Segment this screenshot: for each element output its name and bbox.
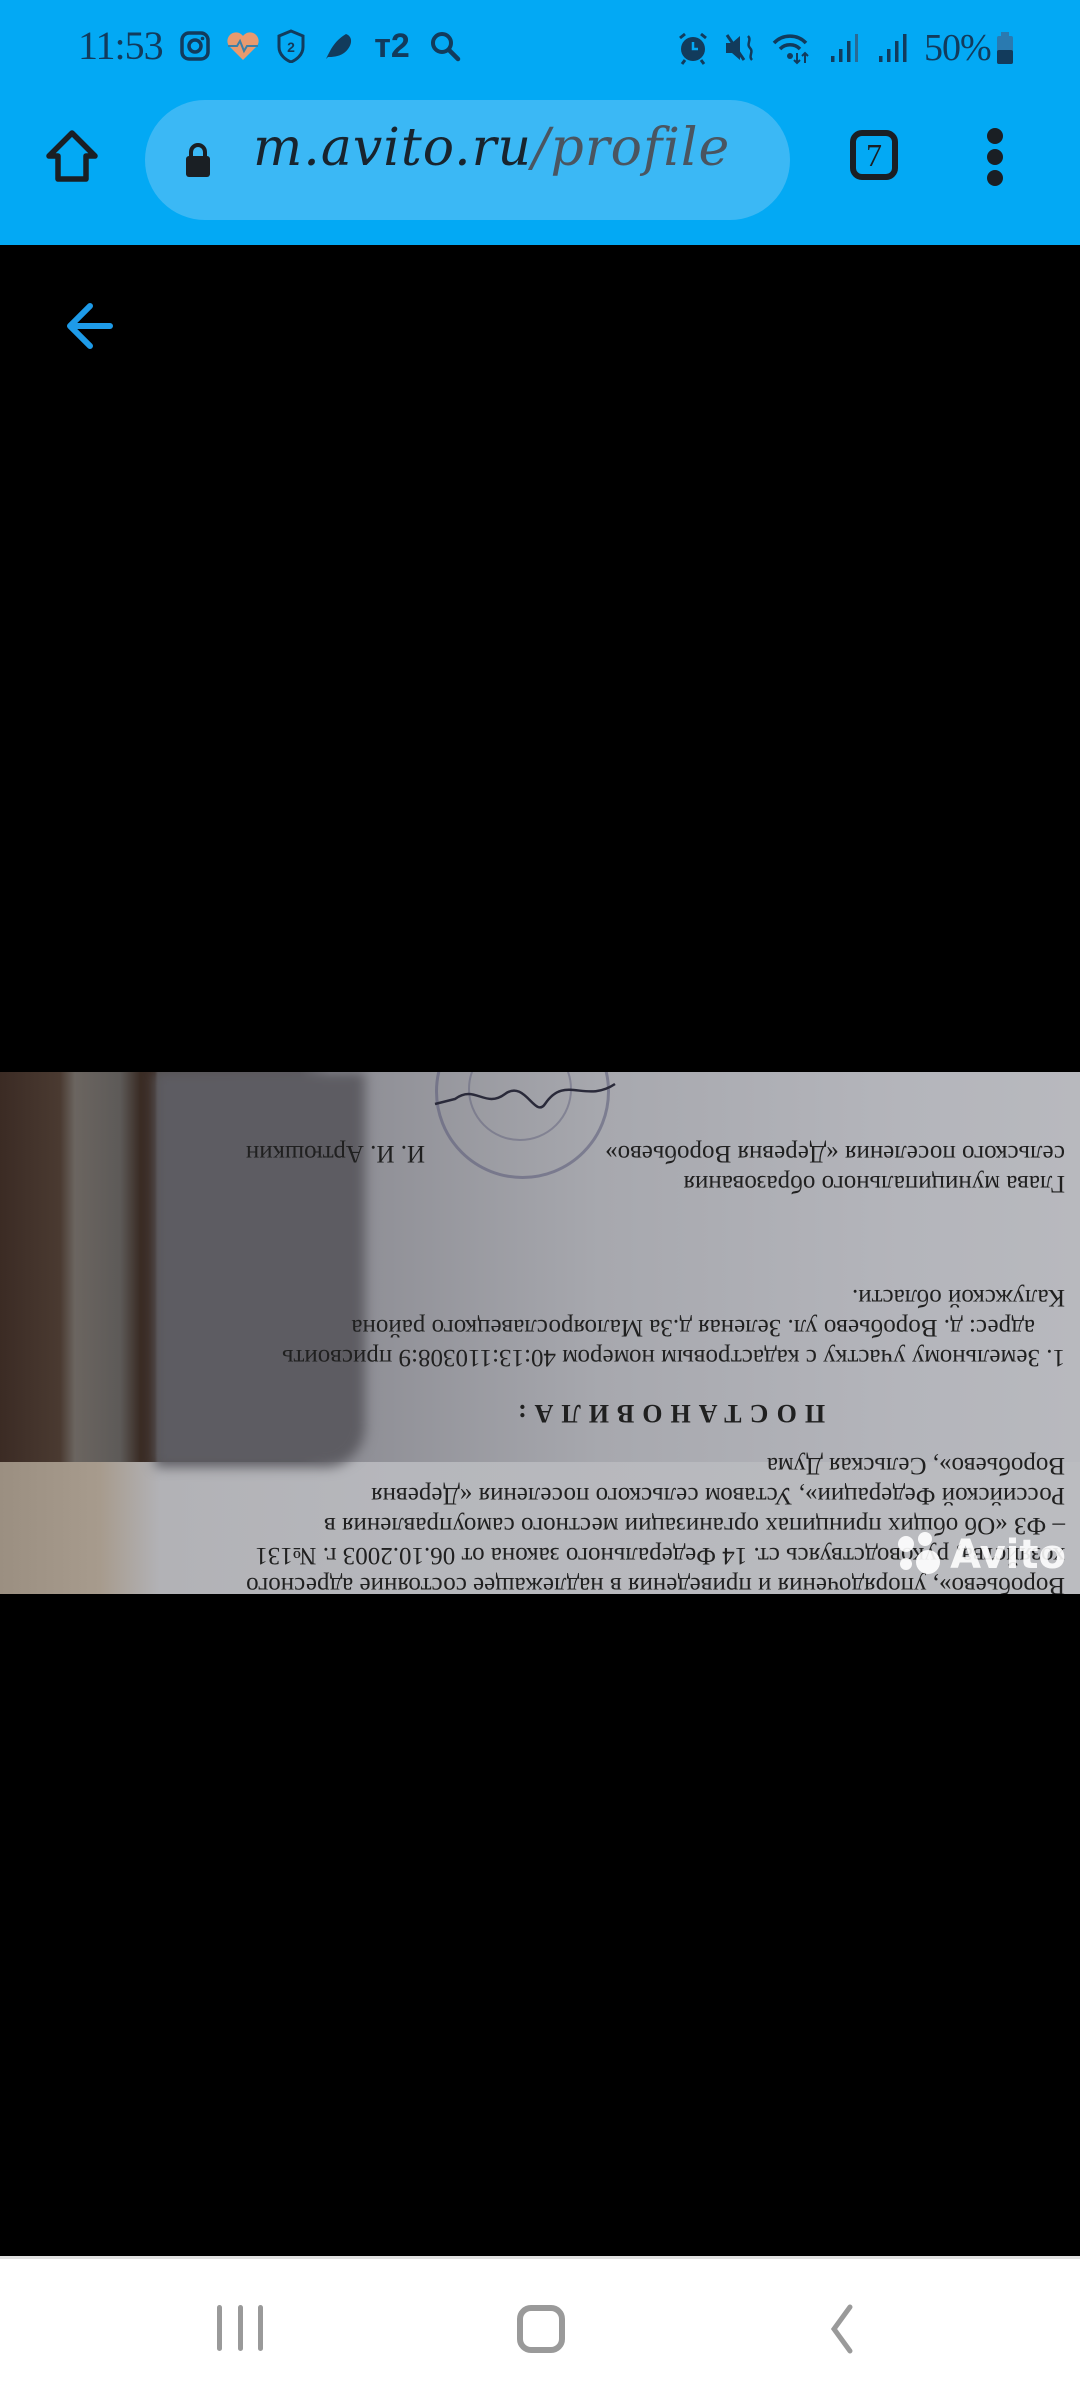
t2-carrier-icon: т2 (370, 28, 414, 64)
doc-heading: ПОСТАНОВИЛА: (270, 1398, 1065, 1428)
more-dot-icon (987, 128, 1003, 144)
doc-line: Российской Федерации», Уставом сельского… (371, 1480, 1065, 1510)
signature (425, 1072, 625, 1124)
back-button[interactable] (60, 296, 124, 356)
recent-apps-icon (258, 2305, 263, 2351)
status-bar: 11:53 2 т2 (0, 0, 1080, 100)
search-icon (428, 28, 462, 64)
url-host: m.avito.ru (253, 118, 532, 178)
doc-line: адрес: д. Воробьево ул. Зеленая д.3а Мал… (351, 1312, 1065, 1342)
browser-toolbar: m.avito.ru/profile 7 (0, 100, 1080, 245)
notification-icons: 2 т2 (178, 28, 462, 64)
health-heart-icon (226, 28, 260, 64)
document-upside-down: Воробьево», упорядочения и приведения в … (270, 1072, 1065, 1594)
lock-icon (185, 142, 211, 178)
instagram-icon (178, 28, 212, 64)
battery-percent: 50% (924, 26, 991, 70)
feather-icon (322, 28, 356, 64)
url-path: /profile (532, 118, 730, 178)
nav-home-button[interactable] (517, 2305, 565, 2353)
avito-logo-icon (898, 1532, 944, 1578)
arrow-left-icon (60, 296, 124, 356)
tab-switcher-button[interactable]: 7 (850, 130, 898, 180)
status-time: 11:53 (78, 22, 163, 69)
doc-line: Воробьево», Сельская Дума (767, 1450, 1065, 1480)
watermark-text: Avito (950, 1532, 1066, 1578)
system-icons: 50% (676, 26, 1015, 70)
doc-signature-line: сельского поселения «Деревня Воробьево» (605, 1138, 1065, 1168)
more-dot-icon (987, 149, 1003, 165)
recent-apps-icon (238, 2305, 243, 2351)
recent-apps-button[interactable] (217, 2305, 263, 2353)
doc-signature-line: Глава муниципального образования (683, 1168, 1065, 1198)
shield-2-icon: 2 (274, 28, 308, 64)
svg-text:2: 2 (287, 39, 295, 55)
battery-icon (995, 30, 1015, 66)
nav-back-button[interactable] (822, 2303, 862, 2355)
mute-vibrate-icon (724, 30, 758, 66)
doc-line: 1. Земельному участку с кадастровым номе… (282, 1342, 1065, 1372)
home-icon (44, 128, 100, 184)
doc-line: Калужской области. (852, 1282, 1065, 1312)
more-dot-icon (987, 170, 1003, 186)
home-button[interactable] (40, 124, 104, 188)
url-text[interactable]: m.avito.ru/profile (253, 118, 773, 178)
alarm-icon (676, 30, 710, 66)
system-nav-bar (0, 2256, 1080, 2400)
signal-1-icon (828, 30, 862, 66)
doc-signatory: И. И. Артюшкин (246, 1138, 425, 1168)
wifi-icon (772, 30, 814, 66)
address-bar[interactable]: m.avito.ru/profile (145, 100, 790, 220)
signal-2-icon (876, 30, 910, 66)
recent-apps-icon (217, 2305, 222, 2351)
tab-count: 7 (866, 137, 882, 174)
listing-photo[interactable]: Воробьево», упорядочения и приведения в … (0, 1072, 1080, 1594)
avito-watermark: Avito (898, 1532, 1066, 1578)
more-menu-button[interactable] (980, 128, 1010, 186)
